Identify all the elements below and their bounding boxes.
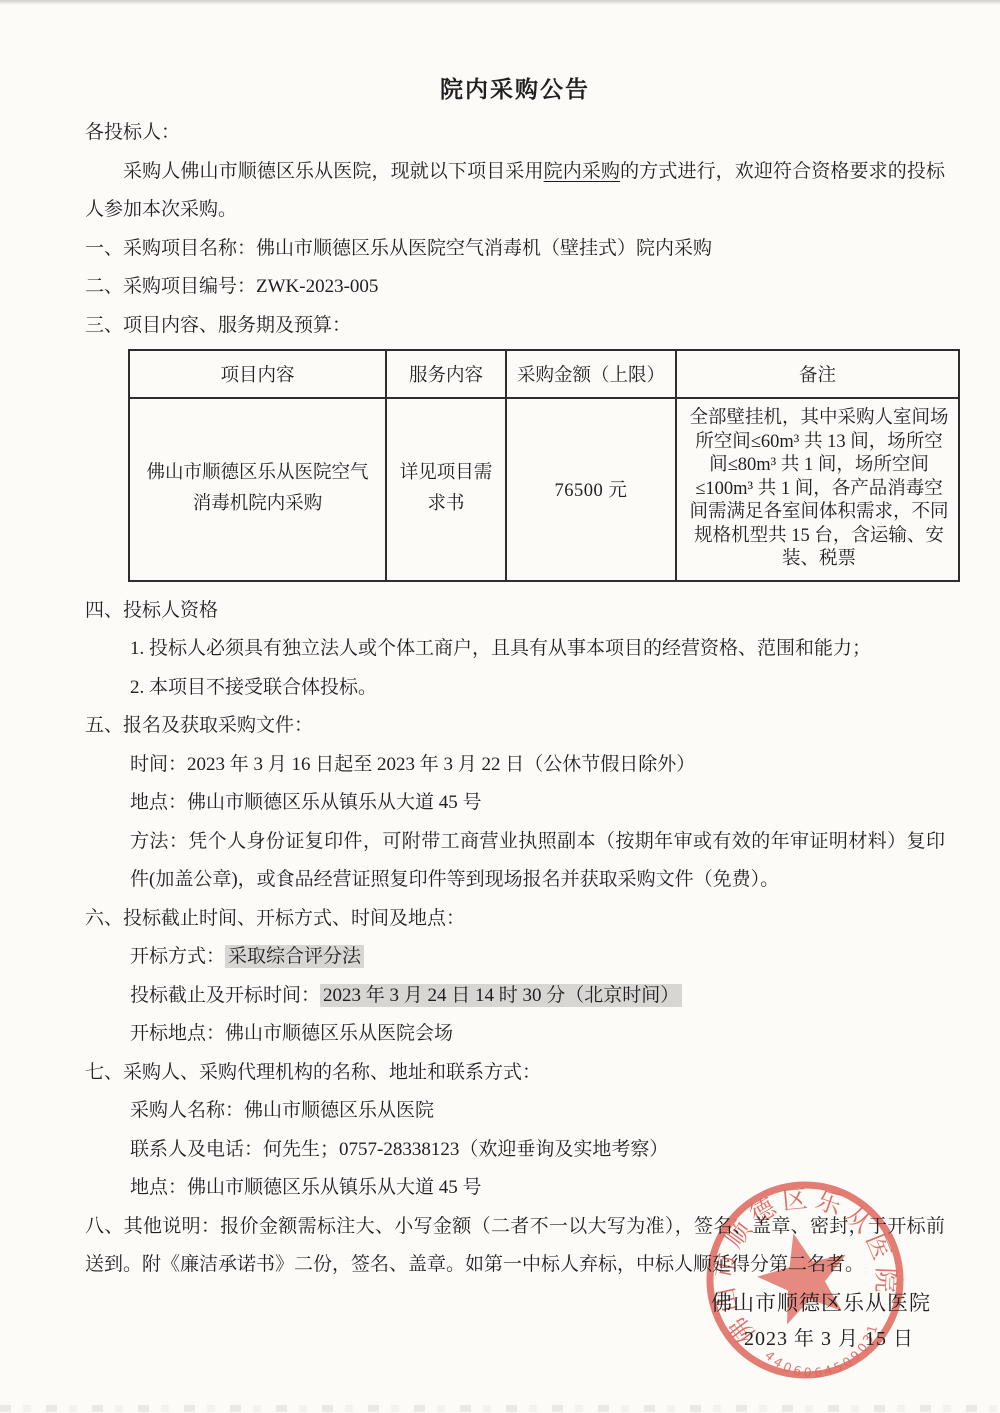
- section-1-project-name: 一、采购项目名称：佛山市顺德区乐从医院空气消毒机（壁挂式）院内采购: [85, 230, 945, 269]
- section-6-open-mode: 开标方式：采取综合评分法: [85, 938, 945, 977]
- section-4-item-2: 2. 本项目不接受联合体投标。: [85, 669, 945, 708]
- section-8-other-notes: 八、其他说明：报价金额需标注大、小写金额（二者不一以大写为准），签名、盖章、密封…: [85, 1208, 945, 1285]
- column-header-amount: 采购金额（上限）: [506, 350, 676, 398]
- deadline-label: 投标截止及开标时间：: [130, 985, 320, 1006]
- table-row: 佛山市顺德区乐从医院空气消毒机院内采购 详见项目需求书 76500 元 全部壁挂…: [129, 398, 959, 581]
- signature-date: 2023 年 3 月 15 日: [85, 1321, 945, 1358]
- section-5-place: 地点：佛山市顺德区乐从镇乐从大道 45 号: [85, 784, 945, 823]
- cell-service-content: 详见项目需求书: [386, 398, 506, 581]
- section-5-time: 时间：2023 年 3 月 16 日起至 2023 年 3 月 22 日（公休节…: [85, 746, 945, 785]
- section-5-heading: 五、报名及获取采购文件：: [85, 707, 945, 746]
- section-6-venue: 开标地点：佛山市顺德区乐从医院会场: [85, 1015, 945, 1054]
- section-5-method: 方法：凭个人身份证复印件，可附带工商营业执照副本（按期年审或有效的年审证明材料）…: [85, 823, 945, 900]
- cell-amount: 76500 元: [506, 398, 676, 581]
- open-mode-label: 开标方式：: [130, 946, 225, 967]
- deadline-value-highlighted: 2023 年 3 月 24 日 14 时 30 分（北京时间）: [320, 984, 682, 1007]
- section-6-heading: 六、投标截止时间、开标方式、时间及地点：: [85, 900, 945, 939]
- section-7-address: 地点：佛山市顺德区乐从镇乐从大道 45 号: [85, 1169, 945, 1208]
- section-7-contact: 联系人及电话：何先生；0757-28338123（欢迎垂询及实地考察）: [85, 1131, 945, 1170]
- section-7-heading: 七、采购人、采购代理机构的名称、地址和联系方式：: [85, 1054, 945, 1093]
- section-4-item-1: 1. 投标人必须具有独立法人或个体工商户，且具有从事本项目的经营资格、范围和能力…: [85, 630, 945, 669]
- salutation: 各投标人：: [85, 114, 945, 153]
- scanned-document-page: 院内采购公告 各投标人： 采购人佛山市顺德区乐从医院，现就以下项目采用院内采购的…: [0, 0, 1000, 1413]
- project-table: 项目内容 服务内容 采购金额（上限） 备注 佛山市顺德区乐从医院空气消毒机院内采…: [128, 349, 960, 582]
- signature-organization: 佛山市顺德区乐从医院: [85, 1285, 945, 1322]
- section-7-buyer: 采购人名称：佛山市顺德区乐从医院: [85, 1092, 945, 1131]
- section-6-deadline: 投标截止及开标时间：2023 年 3 月 24 日 14 时 30 分（北京时间…: [85, 977, 945, 1016]
- section-3-heading: 三、项目内容、服务期及预算：: [85, 307, 945, 346]
- document-body: 院内采购公告 各投标人： 采购人佛山市顺德区乐从医院，现就以下项目采用院内采购的…: [85, 70, 945, 1358]
- section-4-heading: 四、投标人资格: [85, 592, 945, 631]
- cell-project-content: 佛山市顺德区乐从医院空气消毒机院内采购: [129, 398, 386, 581]
- column-header-remark: 备注: [676, 350, 959, 398]
- column-header-service: 服务内容: [386, 350, 506, 398]
- intro-paragraph: 采购人佛山市顺德区乐从医院，现就以下项目采用院内采购的方式进行，欢迎符合资格要求…: [85, 153, 945, 230]
- open-mode-value-highlighted: 采取综合评分法: [225, 945, 364, 968]
- intro-underlined-phrase: 院内采购: [544, 161, 620, 182]
- cell-remark: 全部壁挂机，其中采购人室间场所空间≤60m³ 共 13 间，场所空间≤80m³ …: [676, 398, 959, 581]
- column-header-project: 项目内容: [129, 350, 386, 398]
- section-2-project-number: 二、采购项目编号：ZWK-2023-005: [85, 268, 945, 307]
- page-title: 院内采购公告: [85, 70, 945, 110]
- intro-text-pre: 采购人佛山市顺德区乐从医院，现就以下项目采用: [123, 161, 544, 182]
- table-header-row: 项目内容 服务内容 采购金额（上限） 备注: [129, 350, 959, 398]
